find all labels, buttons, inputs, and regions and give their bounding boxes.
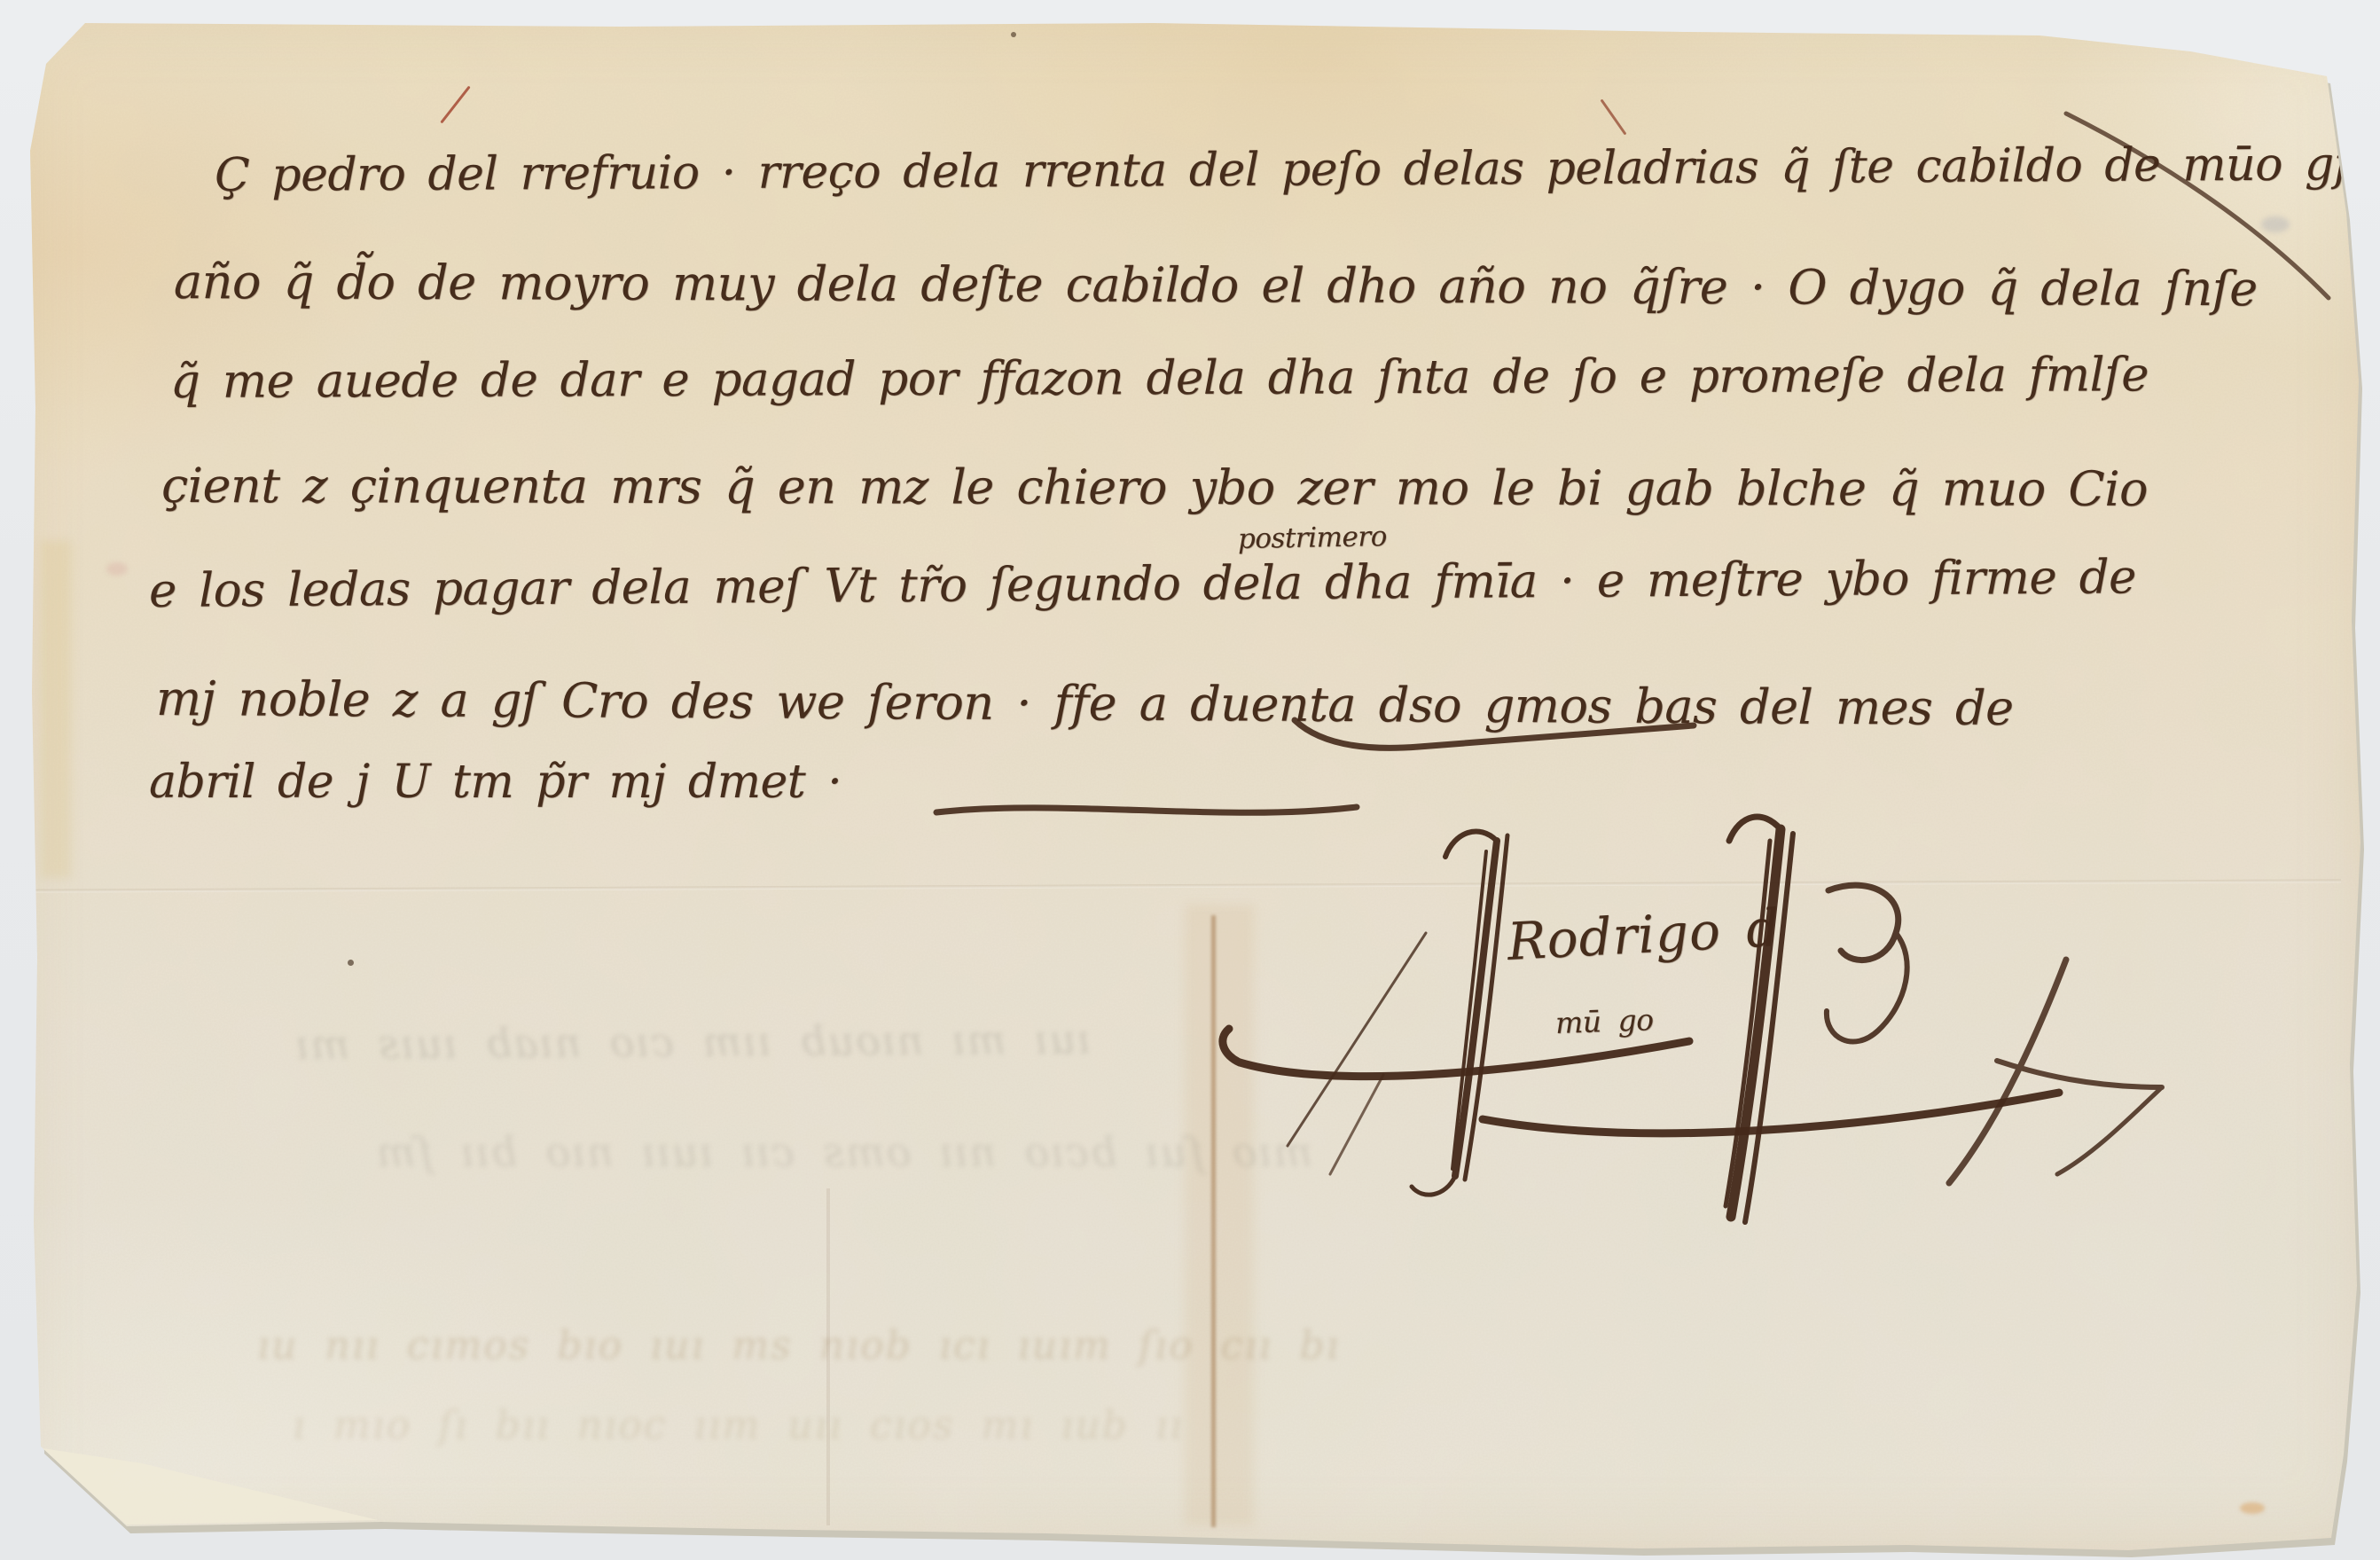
ghost-text-line: ıu nıı cımos bıo ıuı ms nıob ıcı ıuım ſı… xyxy=(257,1323,1341,1368)
signature-name: Rodrigo d xyxy=(1506,898,1781,972)
rubric-hairline-1 xyxy=(1288,933,1426,1146)
vertical-ink-stain xyxy=(1211,915,1216,1527)
ink-dot xyxy=(1011,32,1016,37)
horizontal-fold-crease xyxy=(35,879,2341,892)
stain-band xyxy=(1185,905,1254,1525)
signature-secondary: mū go xyxy=(1554,1002,1654,1040)
scan-background: ıuı mı nıoub ıım cıo nıab ıuıs mı mıo ſu… xyxy=(0,0,2380,1560)
manuscript-line-3: q̃ me auede de dar e pagad por ffazon de… xyxy=(170,348,2149,409)
rubric-right-strokes xyxy=(1726,817,1793,1222)
rubric-loop xyxy=(1827,885,1907,1041)
ghost-text-line: ıuı mı nıoub ıım cıo nıab ıuıs mı xyxy=(257,1015,1091,1070)
left-margin-stain xyxy=(41,541,71,878)
orange-smudge xyxy=(2240,1502,2265,1514)
red-fiber xyxy=(440,86,470,124)
rubric-a-mark xyxy=(1949,960,2162,1183)
manuscript-paper: ıuı mı nıoub ıım cıo nıab ıuıs mı mıo ſu… xyxy=(0,0,2380,1560)
red-hairline xyxy=(1601,98,1627,135)
blue-smudge xyxy=(2261,216,2290,232)
manuscript-line-4: çient z çinquenta mrs q̃ en mz le chiero… xyxy=(161,458,2148,517)
rubric-rule-lower xyxy=(1483,1093,2059,1133)
manuscript-line-1: Ç pedro del rrefruio · rreço dela rrenta… xyxy=(215,137,2380,202)
ghost-text-line: mıo ſuı bcıo nıı oms cıı ıuıı nıo bıı ſm xyxy=(266,1128,1312,1176)
manuscript-line-7: abril de j U tm p̃r mj dmet · xyxy=(149,756,842,809)
interlinear-insertion: postrimero xyxy=(1238,521,1387,555)
ink-dot xyxy=(348,960,354,966)
manuscript-line-5: e los ledas pagar dela meſ Vt tr̃o ſegun… xyxy=(149,550,2136,618)
rubric-hairline-2 xyxy=(1330,1075,1383,1174)
ghost-text-line: ı mıo ſı bıı nıoc ıım uıı cıos mı ıub ıı xyxy=(293,1403,1184,1448)
pink-smudge xyxy=(106,562,128,576)
manuscript-line-6: mj noble z a gſ Cro des we ſeron · ffe a… xyxy=(156,670,2014,736)
date-underline-rule xyxy=(936,807,1357,812)
manuscript-line-2: año q̃ d̃o de moyro muy dela deſte cabil… xyxy=(174,254,2258,317)
